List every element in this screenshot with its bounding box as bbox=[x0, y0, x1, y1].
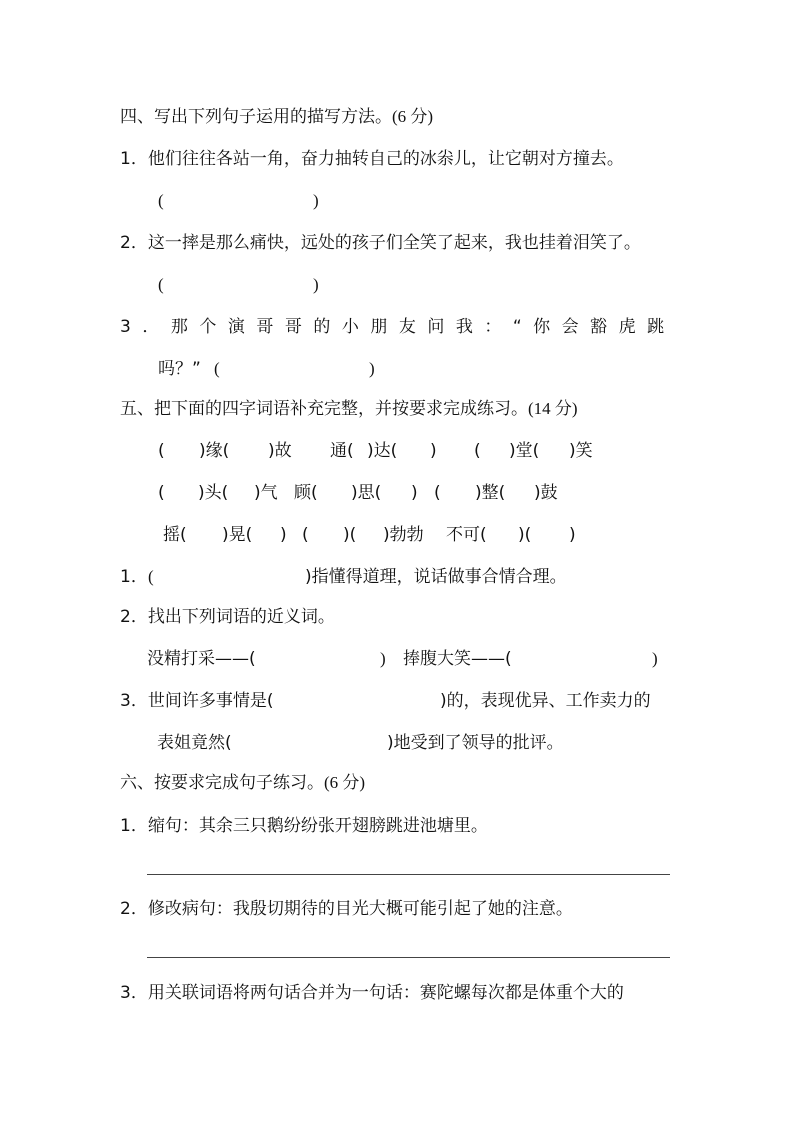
idiom-fragment: 摇( bbox=[163, 524, 187, 546]
s6-q3: 3．用关联词语将两句话合并为一句话：赛陀螺每次都是体重个大的 bbox=[120, 982, 624, 1004]
idiom-fragment: )故 bbox=[268, 440, 292, 462]
answer-open-paren: ( bbox=[158, 190, 164, 212]
question-number: 2． bbox=[120, 607, 148, 627]
answer-open-paren: ( bbox=[148, 566, 154, 588]
question-number: 1． bbox=[120, 567, 148, 587]
question-text-cont: )的，表现优异、工作卖力的 bbox=[440, 690, 651, 712]
idiom-fragment: )气 bbox=[254, 482, 278, 504]
question-text-cont: 吗？” bbox=[158, 359, 201, 379]
question-text: 那个演哥哥的小朋友问我：“你会豁虎跳 bbox=[171, 317, 676, 337]
question-number: 3． bbox=[120, 317, 171, 337]
s4-q3-line1: 3．那个演哥哥的小朋友问我：“你会豁虎跳 bbox=[120, 316, 676, 338]
answer-close-paren: ) bbox=[652, 648, 658, 670]
question-number: 3． bbox=[120, 691, 148, 711]
answer-close-paren: ) bbox=[313, 190, 319, 212]
idiom-fragment: )缘( bbox=[199, 440, 229, 462]
idiom-fragment: )思( bbox=[351, 482, 381, 504]
idiom-fragment: )笑 bbox=[569, 440, 593, 462]
question-text: 这一摔是那么痛快，远处的孩子们全笑了起来，我也挂着泪笑了。 bbox=[148, 233, 641, 253]
idiom-fragment: )达( bbox=[367, 440, 397, 462]
section-6-title: 六、按要求完成句子练习。 bbox=[120, 773, 324, 793]
s6-q1: 1．缩句：其余三只鹅纷纷张开翅膀跳进池塘里。 bbox=[120, 815, 488, 837]
section-4-heading: 四、写出下列句子运用的描写方法。(6 分) bbox=[120, 106, 433, 128]
idiom-fragment: 不可( bbox=[446, 524, 487, 546]
section-5-heading: 五、把下面的四字词语补充完整，并按要求完成练习。(14 分) bbox=[120, 398, 578, 420]
question-text-cont: )地受到了领导的批评。 bbox=[387, 732, 564, 754]
s5-q3-line1: 3．世间许多事情是( bbox=[120, 690, 273, 712]
section-6-score: (6 分) bbox=[324, 773, 365, 792]
idiom-fragment: ( bbox=[302, 524, 309, 546]
question-number: 3． bbox=[120, 983, 148, 1003]
idiom-fragment: )( bbox=[343, 524, 356, 546]
s6-q2: 2．修改病句：我殷切期待的目光大概可能引起了她的注意。 bbox=[120, 898, 573, 920]
idiom-fragment: )整( bbox=[475, 482, 505, 504]
question-text: 他们往往各站一角，奋力抽转自己的冰尜儿，让它朝对方撞去。 bbox=[148, 149, 624, 169]
idiom-fragment: )晃( bbox=[222, 524, 252, 546]
answer-close-paren: ) bbox=[380, 648, 386, 670]
question-number: 2． bbox=[120, 899, 148, 919]
synonym-word-1: 没精打采——( bbox=[147, 648, 256, 670]
section-5-title: 五、把下面的四字词语补充完整，并按要求完成练习。 bbox=[120, 399, 528, 419]
question-text-cont: 表姐竟然( bbox=[157, 733, 232, 753]
section-4-score: (6 分) bbox=[392, 107, 433, 126]
idiom-fragment: ( bbox=[158, 440, 165, 462]
answer-line[interactable] bbox=[147, 874, 670, 875]
question-text: 缩句：其余三只鹅纷纷张开翅膀跳进池塘里。 bbox=[148, 816, 488, 836]
question-number: 1． bbox=[120, 816, 148, 836]
idiom-fragment: )勃勃 bbox=[383, 524, 424, 546]
s5-q1: 1． bbox=[120, 566, 148, 588]
answer-line[interactable] bbox=[147, 957, 670, 958]
idiom-fragment: ) bbox=[430, 440, 437, 462]
question-number: 1． bbox=[120, 149, 148, 169]
question-text: 用关联词语将两句话合并为一句话：赛陀螺每次都是体重个大的 bbox=[148, 983, 624, 1003]
idiom-fragment: )( bbox=[518, 524, 531, 546]
section-6-heading: 六、按要求完成句子练习。(6 分) bbox=[120, 772, 365, 794]
idiom-fragment: )头( bbox=[198, 482, 228, 504]
s5-q3-line2: 表姐竟然( bbox=[157, 732, 232, 754]
answer-close-paren: ) bbox=[369, 358, 375, 380]
answer-open-paren: ( bbox=[158, 274, 164, 296]
idiom-fragment: 顾( bbox=[294, 482, 318, 504]
idiom-fragment: ) bbox=[411, 482, 418, 504]
s4-q2: 2．这一摔是那么痛快，远处的孩子们全笑了起来，我也挂着泪笑了。 bbox=[120, 232, 641, 254]
idiom-fragment: ) bbox=[569, 524, 576, 546]
idiom-fragment: ( bbox=[474, 440, 481, 462]
answer-close-paren: ) bbox=[313, 274, 319, 296]
idiom-fragment: ( bbox=[434, 482, 441, 504]
s5-q2: 2．找出下列词语的近义词。 bbox=[120, 606, 335, 628]
question-text: 修改病句：我殷切期待的目光大概可能引起了她的注意。 bbox=[148, 899, 573, 919]
idiom-fragment: ( bbox=[158, 482, 165, 504]
s4-q1: 1．他们往往各站一角，奋力抽转自己的冰尜儿，让它朝对方撞去。 bbox=[120, 148, 624, 170]
question-text: 世间许多事情是( bbox=[148, 691, 274, 711]
s4-q3-line2: 吗？” bbox=[158, 358, 201, 380]
question-text: )指懂得道理，说话做事合情合理。 bbox=[305, 566, 567, 588]
idiom-fragment: ) bbox=[280, 524, 287, 546]
idiom-fragment: )鼓 bbox=[534, 482, 558, 504]
idiom-fragment: )堂( bbox=[509, 440, 539, 462]
answer-open-paren: ( bbox=[214, 358, 220, 380]
synonym-word-2: 捧腹大笑——( bbox=[403, 648, 512, 670]
section-4-title: 四、写出下列句子运用的描写方法。 bbox=[120, 107, 392, 127]
section-5-score: (14 分) bbox=[528, 399, 578, 418]
idiom-fragment: 通( bbox=[330, 440, 354, 462]
question-number: 2． bbox=[120, 233, 148, 253]
question-text: 找出下列词语的近义词。 bbox=[148, 607, 335, 627]
